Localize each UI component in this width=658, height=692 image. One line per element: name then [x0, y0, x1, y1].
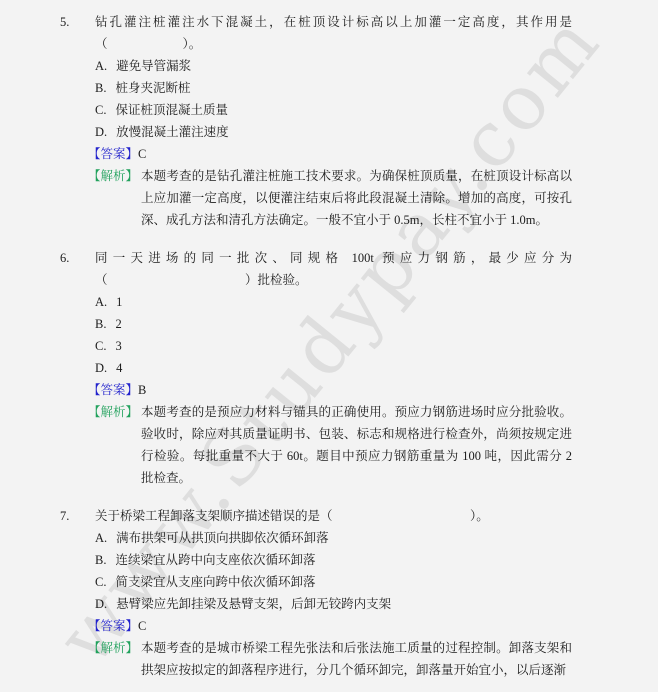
question-body: A.1 B.2 C.3 D.4 【答案】B 【解析】 本题考查的是预应力材料与锚… [60, 291, 572, 489]
option-key: B. [95, 549, 106, 571]
question-number: 7. [60, 505, 95, 527]
option: C.3 [95, 335, 572, 357]
option: B.连续梁宜从跨中向支座依次循环卸落 [95, 549, 572, 571]
option-text: 避免导管漏浆 [116, 59, 191, 73]
option-text: 连续梁宜从跨中向支座依次循环卸落 [115, 553, 315, 567]
option-key: A. [95, 55, 107, 77]
answer-label: 【答案】 [88, 383, 138, 397]
option-key: A. [95, 291, 107, 313]
option: A.避免导管漏浆 [95, 55, 572, 77]
option-key: C. [95, 99, 106, 121]
answer-value: C [138, 147, 146, 161]
document-content: 5. 钻孔灌注桩灌注水下混凝土，在桩顶设计标高以上加灌一定高度，其作用是（ ）。… [0, 0, 658, 681]
answer-row: 【答案】C [88, 615, 572, 637]
question-block-7: 7. 关于桥梁工程卸落支架顺序描述错误的是（ ）。 A.满布拱架可从拱顶向拱脚依… [60, 505, 572, 681]
answer-value: C [138, 619, 146, 633]
analysis-row: 【解析】 本题考查的是钻孔灌注桩施工技术要求。为确保桩顶质量，在桩顶设计标高以上… [88, 165, 572, 231]
option-text: 放慢混凝土灌注速度 [116, 125, 229, 139]
option-text: 简支梁宜从支座向跨中依次循环卸落 [115, 575, 315, 589]
option: D.4 [95, 357, 572, 379]
option-text: 2 [115, 317, 121, 331]
option-text: 3 [115, 339, 121, 353]
question-stem: 关于桥梁工程卸落支架顺序描述错误的是（ ）。 [95, 505, 572, 527]
option-key: D. [95, 357, 107, 379]
analysis-text: 本题考查的是城市桥梁工程先张法和后张法施工质量的过程控制。卸落支架和拱架应按拟定… [141, 637, 572, 681]
analysis-label: 【解析】 [88, 637, 141, 681]
answer-label: 【答案】 [88, 147, 138, 161]
option-key: C. [95, 335, 106, 357]
option: C.简支梁宜从支座向跨中依次循环卸落 [95, 571, 572, 593]
question-head: 7. 关于桥梁工程卸落支架顺序描述错误的是（ ）。 [60, 505, 572, 527]
question-number: 5. [60, 11, 95, 55]
option-text: 保证桩顶混凝土质量 [115, 103, 228, 117]
analysis-label: 【解析】 [88, 165, 141, 231]
option-text: 桩身夹泥断桩 [115, 81, 190, 95]
analysis-row: 【解析】 本题考查的是预应力材料与锚具的正确使用。预应力钢筋进场时应分批验收。验… [88, 401, 572, 489]
analysis-text: 本题考查的是预应力材料与锚具的正确使用。预应力钢筋进场时应分批验收。验收时，除应… [141, 401, 572, 489]
analysis-row: 【解析】 本题考查的是城市桥梁工程先张法和后张法施工质量的过程控制。卸落支架和拱… [88, 637, 572, 681]
question-body: A.避免导管漏浆 B.桩身夹泥断桩 C.保证桩顶混凝土质量 D.放慢混凝土灌注速… [60, 55, 572, 231]
option-key: A. [95, 527, 107, 549]
option: B.2 [95, 313, 572, 335]
option: C.保证桩顶混凝土质量 [95, 99, 572, 121]
option-key: B. [95, 77, 106, 99]
option-text: 4 [116, 361, 122, 375]
option-text: 悬臂梁应先卸挂梁及悬臂支架，后卸无铰跨内支架 [116, 597, 391, 611]
option: D.悬臂梁应先卸挂梁及悬臂支架，后卸无铰跨内支架 [95, 593, 572, 615]
option-key: D. [95, 593, 107, 615]
question-stem: 钻孔灌注桩灌注水下混凝土，在桩顶设计标高以上加灌一定高度，其作用是（ ）。 [95, 11, 572, 55]
option-key: D. [95, 121, 107, 143]
question-block-5: 5. 钻孔灌注桩灌注水下混凝土，在桩顶设计标高以上加灌一定高度，其作用是（ ）。… [60, 11, 572, 231]
analysis-text: 本题考查的是钻孔灌注桩施工技术要求。为确保桩顶质量，在桩顶设计标高以上应加灌一定… [141, 165, 572, 231]
option-text: 1 [116, 295, 122, 309]
option-key: B. [95, 313, 106, 335]
answer-label: 【答案】 [88, 619, 138, 633]
answer-row: 【答案】C [88, 143, 572, 165]
question-body: A.满布拱架可从拱顶向拱脚依次循环卸落 B.连续梁宜从跨中向支座依次循环卸落 C… [60, 527, 572, 681]
option: D.放慢混凝土灌注速度 [95, 121, 572, 143]
answer-value: B [138, 383, 146, 397]
option-key: C. [95, 571, 106, 593]
answer-row: 【答案】B [88, 379, 572, 401]
analysis-label: 【解析】 [88, 401, 141, 489]
question-stem: 同一天进场的同一批次、同规格 100t 预应力钢筋，最少应分为（ ）批检验。 [95, 247, 572, 291]
question-head: 6. 同一天进场的同一批次、同规格 100t 预应力钢筋，最少应分为（ ）批检验… [60, 247, 572, 291]
option: B.桩身夹泥断桩 [95, 77, 572, 99]
question-block-6: 6. 同一天进场的同一批次、同规格 100t 预应力钢筋，最少应分为（ ）批检验… [60, 247, 572, 489]
document-page: www.Studypay.com 5. 钻孔灌注桩灌注水下混凝土，在桩顶设计标高… [0, 0, 658, 692]
option-text: 满布拱架可从拱顶向拱脚依次循环卸落 [116, 531, 329, 545]
option: A.1 [95, 291, 572, 313]
question-number: 6. [60, 247, 95, 291]
question-head: 5. 钻孔灌注桩灌注水下混凝土，在桩顶设计标高以上加灌一定高度，其作用是（ ）。 [60, 11, 572, 55]
option: A.满布拱架可从拱顶向拱脚依次循环卸落 [95, 527, 572, 549]
